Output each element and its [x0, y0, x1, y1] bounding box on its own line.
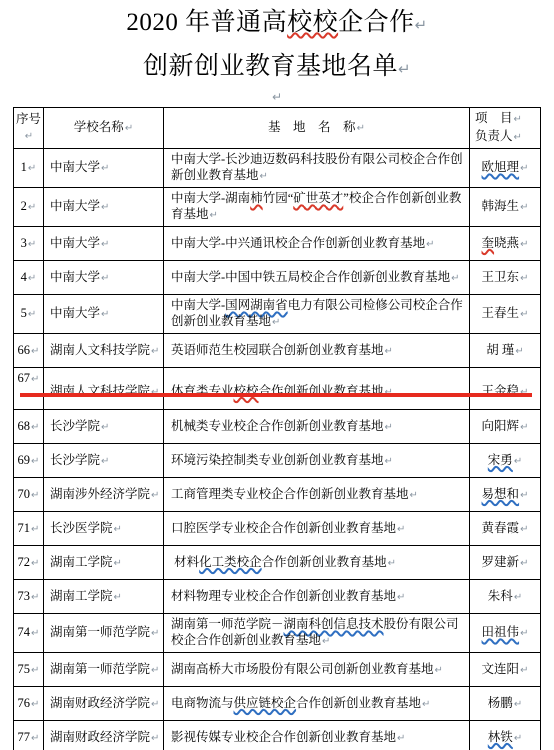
text-run: 长沙学院 [50, 453, 100, 467]
table-row: 68↵长沙学院↵机械类专业校企合作创新创业教育基地↵向阳辉↵ [14, 410, 541, 444]
paragraph: 胡 瑾↵ [472, 342, 538, 360]
header-base-cell[interactable]: 基 地 名 称↵ [164, 108, 470, 149]
row-number-cell[interactable]: 4↵ [14, 261, 44, 295]
return-mark: ↵ [101, 239, 109, 250]
table-row: 76↵湖南财政经济学院↵电商物流与供应链校企合作创新创业教育基地↵杨鹏↵ [14, 687, 541, 721]
paragraph: 中南大学-湖南柿竹园“矿世英才”校企合作创新创业教育基地↵ [171, 190, 466, 224]
text-run: 77 [18, 730, 31, 744]
return-mark: ↵ [397, 733, 405, 744]
school-name-cell[interactable]: 湖南财政经济学院↵ [44, 721, 164, 750]
paragraph: 湖南人文科技学院↵ [50, 342, 160, 360]
text-run: 长沙医学院 [50, 521, 113, 535]
school-name-cell[interactable]: 中南大学↵ [44, 188, 164, 227]
return-mark: ↵ [260, 171, 268, 182]
paragraph: 中南大学-中国中铁五局校企合作创新创业教育基地↵ [171, 269, 466, 287]
text-run: 湖南第一师范学院 [50, 625, 150, 639]
text-run: 73 [18, 589, 31, 603]
paragraph: 中南大学↵ [50, 198, 160, 216]
paragraph: 70↵ [15, 486, 42, 504]
base-name-cell[interactable]: 机械类专业校企合作创新创业教育基地↵ [164, 410, 470, 444]
text-run: 中南大学 [50, 236, 100, 250]
paragraph: 杨鹏↵ [472, 695, 538, 713]
table-wrap: 序号↵学校名称↵基 地 名 称↵项 目↵负责人↵ 1↵中南大学↵中南大学-长沙迪… [13, 107, 541, 750]
paragraph: 王卫东↵ [472, 269, 538, 287]
return-mark: ↵ [101, 273, 109, 284]
text-run: 4 [21, 270, 27, 284]
text-run: 3 [21, 236, 27, 250]
table-row: 5↵中南大学↵中南大学-国网湖南省电力有限公司检修公司校企合作创新创业教育基地↵… [14, 295, 541, 334]
paragraph: 工商管理类专业校企合作创新创业教育基地↵ [171, 486, 466, 504]
text-run: 66 [18, 343, 31, 357]
table-row: 70↵湖南涉外经济学院↵工商管理类专业校企合作创新创业教育基地↵易想和↵ [14, 478, 541, 512]
person-name-cell[interactable]: 罗建新↵ [470, 546, 541, 580]
text-run: 中南大学-中兴通讯校企合作创新创业教育基地 [171, 236, 425, 250]
text-run: 欧旭理 [482, 160, 520, 174]
text-run: 宋勇 [488, 453, 513, 467]
paragraph: 77↵ [15, 729, 42, 747]
return-mark: ↵ [385, 346, 393, 357]
person-name-cell[interactable]: 黄春霞↵ [470, 512, 541, 546]
base-name-cell[interactable]: 湖南高桥大市场股份有限公司创新创业教育基地↵ [164, 653, 470, 687]
paragraph: 1↵ [15, 159, 42, 177]
return-mark: ↵ [397, 524, 405, 535]
table-row: 73↵湖南工学院↵材料物理专业校企合作创新创业教育基地↵朱科↵ [14, 580, 541, 614]
text-run: 奎 [482, 236, 495, 250]
paragraph: 林铁↵ [472, 729, 538, 747]
paragraph: 项 目↵ [475, 110, 538, 128]
text-run: 王卫东 [482, 270, 520, 284]
return-mark: ↵ [31, 628, 39, 639]
return-mark: ↵ [520, 665, 528, 676]
paragraph: 长沙学院↵ [50, 418, 160, 436]
row-number-cell[interactable]: 76↵ [14, 687, 44, 721]
text-run: 罗建新 [482, 555, 520, 569]
paragraph: 中南大学-国网湖南省电力有限公司检修公司校企合作创新创业教育基地↵ [171, 297, 466, 331]
text-run: 74 [18, 625, 31, 639]
return-mark: ↵ [28, 239, 36, 250]
paragraph: 中南大学-长沙迪迈数码科技股份有限公司校企合作创新创业教育基地↵ [171, 151, 466, 185]
text-run: 材料 [171, 555, 199, 569]
text-run: 中南大学-湖南 [171, 191, 250, 205]
return-mark: ↵ [31, 456, 39, 467]
row-number-cell[interactable]: 2↵ [14, 188, 44, 227]
paragraph: 4↵ [15, 269, 42, 287]
text-run: 田祖伟 [482, 625, 520, 639]
school-name-cell[interactable]: 长沙学院↵ [44, 410, 164, 444]
paragraph: 基 地 名 称↵ [167, 119, 466, 137]
paragraph: 欧旭理↵ [472, 159, 538, 177]
highlighted-table-row: 67↵湖南人文科技学院↵体育类专业校校合作创新创业教育基地↵王金稳↵ [14, 368, 541, 410]
school-name-cell[interactable]: 中南大学↵ [44, 227, 164, 261]
text-run: 工商管理类专业校企合作创新创业教育基地 [171, 487, 409, 501]
school-name-cell[interactable]: 长沙医学院↵ [44, 512, 164, 546]
school-name-cell[interactable]: 湖南人文科技学院↵ [44, 334, 164, 368]
text-run: 王春生 [482, 306, 520, 320]
paragraph: 黄春霞↵ [472, 520, 538, 538]
table-row: 74↵湖南第一师范学院↵湖南第一师范学院－湖南科创信息技术股份有限公司校企合作创… [14, 614, 541, 653]
base-name-cell[interactable]: 英语师范生校园联合创新创业教育基地↵ [164, 334, 470, 368]
return-mark: ↵ [151, 490, 159, 501]
text-run: 中南大学 [50, 199, 100, 213]
return-mark: ↵ [114, 558, 122, 569]
base-name-cell[interactable]: 中南大学-中国中铁五局校企合作创新创业教育基地↵ [164, 261, 470, 295]
text-run: 75 [18, 662, 31, 676]
base-name-cell[interactable]: 环境污染控制类专业创新创业教育基地↵ [164, 444, 470, 478]
return-mark: ↵ [31, 733, 39, 744]
text-run: 竹园“ [263, 191, 294, 205]
person-name-cell[interactable]: 王卫东↵ [470, 261, 541, 295]
text-run: 湖南财政经济学院 [50, 730, 150, 744]
text-run: 合作创新创业教育基地 [296, 696, 421, 710]
text-run: 72 [18, 555, 31, 569]
school-name-cell[interactable]: 湖南工学院↵ [44, 580, 164, 614]
return-mark: ↵ [514, 592, 522, 603]
paragraph: 体育类专业校校合作创新创业教育基地↵ [171, 383, 466, 401]
school-name-cell[interactable]: 中南大学↵ [44, 261, 164, 295]
return-mark: ↵ [514, 114, 522, 125]
person-name-cell[interactable]: 王春生↵ [470, 295, 541, 334]
text-run: 2 [21, 199, 27, 213]
base-name-cell[interactable]: 工商管理类专业校企合作创新创业教育基地↵ [164, 478, 470, 512]
text-run: 韩海生 [482, 199, 520, 213]
header-school-cell[interactable]: 学校名称↵ [44, 108, 164, 149]
base-name-cell[interactable]: 材料化工类校企合作创新创业教育基地↵ [164, 546, 470, 580]
text-run: 中南大学 [50, 270, 100, 284]
paragraph: 中南大学↵ [50, 269, 160, 287]
text-run: 中南大学 [50, 306, 100, 320]
header-row: 序号↵学校名称↵基 地 名 称↵项 目↵负责人↵ [14, 108, 541, 149]
paragraph: 宋勇↵ [472, 452, 538, 470]
text-run: 项 目 [475, 111, 513, 125]
return-mark: ↵ [25, 131, 33, 142]
paragraph: 湖南第一师范学院↵ [50, 624, 160, 642]
school-name-cell[interactable]: 湖南第一师范学院↵ [44, 653, 164, 687]
text-run: 湖南第一师范学院－ [171, 617, 284, 631]
text-run: 71 [18, 521, 31, 535]
base-name-cell[interactable]: 影视传媒专业校企合作创新创业教育基地↵ [164, 721, 470, 750]
paragraph: 电商物流与供应链校企合作创新创业教育基地↵ [171, 695, 466, 713]
return-mark: ↵ [514, 699, 522, 710]
text-run: 5 [21, 306, 27, 320]
return-mark: ↵ [31, 665, 39, 676]
paragraph: 田祖伟↵ [472, 624, 538, 642]
person-name-cell[interactable]: 杨鹏↵ [470, 687, 541, 721]
paragraph: 湖南人文科技学院↵ [50, 383, 160, 401]
return-mark: ↵ [426, 239, 434, 250]
row-number-cell[interactable]: 72↵ [14, 546, 44, 580]
paragraph: 75↵ [15, 661, 42, 679]
paragraph: 序号↵ [15, 111, 42, 145]
text-run: 1 [21, 160, 27, 174]
school-name-cell[interactable]: 长沙学院↵ [44, 444, 164, 478]
paragraph: 中南大学↵ [50, 235, 160, 253]
row-number-cell[interactable]: 1↵ [14, 149, 44, 188]
return-mark: ↵ [520, 239, 528, 250]
text-run: 矿世英才 [293, 191, 343, 205]
person-name-cell[interactable]: 文连阳↵ [470, 653, 541, 687]
paragraph: 68↵ [15, 418, 42, 436]
table-row: 4↵中南大学↵中南大学-中国中铁五局校企合作创新创业教育基地↵王卫东↵ [14, 261, 541, 295]
base-name-cell[interactable]: 材料物理专业校企合作创新创业教育基地↵ [164, 580, 470, 614]
text-run: 企合作 [338, 9, 415, 36]
row-number-cell[interactable]: 70↵ [14, 478, 44, 512]
text-run: 环境污染控制类专业创新创业教育基地 [171, 453, 384, 467]
paragraph: 易想和↵ [472, 486, 538, 504]
table-row: 69↵长沙学院↵环境污染控制类专业创新创业教育基地↵宋勇↵ [14, 444, 541, 478]
paragraph: 材料化工类校企合作创新创业教育基地↵ [171, 554, 466, 572]
return-mark: ↵ [101, 163, 109, 174]
paragraph: 文连阳↵ [472, 661, 538, 679]
text-run: 基 地 名 称 [268, 120, 356, 134]
base-name-cell[interactable]: 口腔医学专业校企合作创新创业教育基地↵ [164, 512, 470, 546]
text-run: 柿 [250, 191, 263, 205]
return-mark: ↵ [520, 524, 528, 535]
table-row: 66↵湖南人文科技学院↵英语师范生校园联合创新创业教育基地↵胡 瑾↵ [14, 334, 541, 368]
person-name-cell[interactable]: 欧旭理↵ [470, 149, 541, 188]
text-run: 湖南科创信息技术 [284, 617, 384, 631]
return-mark: ↵ [520, 273, 528, 284]
paragraph: 中南大学-中兴通讯校企合作创新创业教育基地↵ [171, 235, 466, 253]
base-name-cell[interactable]: 中南大学-长沙迪迈数码科技股份有限公司校企合作创新创业教育基地↵ [164, 149, 470, 188]
return-mark: ↵ [28, 309, 36, 320]
person-name-cell[interactable]: 王金稳↵ [470, 368, 541, 410]
text-run: 黄春霞 [482, 521, 520, 535]
paragraph: 76↵ [15, 695, 42, 713]
empty-paragraph[interactable]: ↵ [0, 90, 554, 105]
base-name-cell[interactable]: 中南大学-中兴通讯校企合作创新创业教育基地↵ [164, 227, 470, 261]
return-mark: ↵ [101, 202, 109, 213]
return-mark: ↵ [514, 132, 522, 143]
return-mark: ↵ [388, 558, 396, 569]
text-run: 文连阳 [482, 662, 520, 676]
table-body: 1↵中南大学↵中南大学-长沙迪迈数码科技股份有限公司校企合作创新创业教育基地↵欧… [14, 149, 541, 750]
text-run: 湖南工学院 [50, 589, 113, 603]
text-run: 供应链校企 [234, 696, 297, 710]
paragraph: 74↵ [15, 624, 42, 642]
base-name-cell[interactable]: 中南大学-国网湖南省电力有限公司检修公司校企合作创新创业教育基地↵ [164, 295, 470, 334]
header-no-cell[interactable]: 序号↵ [14, 108, 44, 149]
return-mark: ↵ [272, 90, 282, 104]
return-mark: ↵ [385, 456, 393, 467]
return-mark: ↵ [31, 374, 39, 385]
return-mark: ↵ [101, 309, 109, 320]
paragraph: 湖南工学院↵ [50, 554, 160, 572]
paragraph: 学校名称↵ [47, 119, 160, 137]
table-row: 3↵中南大学↵中南大学-中兴通讯校企合作创新创业教育基地↵奎晓燕↵ [14, 227, 541, 261]
paragraph: 湖南涉外经济学院↵ [50, 486, 160, 504]
paragraph: 机械类专业校企合作创新创业教育基地↵ [171, 418, 466, 436]
text-run: 林铁 [488, 730, 513, 744]
paragraph: 湖南工学院↵ [50, 588, 160, 606]
text-run: 70 [18, 487, 31, 501]
text-run: 湖南人文科技学院 [50, 343, 150, 357]
row-number-cell[interactable]: 3↵ [14, 227, 44, 261]
row-number-cell[interactable]: 66↵ [14, 334, 44, 368]
return-mark: ↵ [520, 163, 528, 174]
return-mark: ↵ [422, 699, 430, 710]
text-run: 晓燕 [494, 236, 519, 250]
person-name-cell[interactable]: 朱科↵ [470, 580, 541, 614]
person-name-cell[interactable]: 宋勇↵ [470, 444, 541, 478]
row-number-cell[interactable]: 73↵ [14, 580, 44, 614]
text-run: 67 [18, 371, 31, 385]
return-mark: ↵ [520, 202, 528, 213]
paragraph: 湖南高桥大市场股份有限公司创新创业教育基地↵ [171, 661, 466, 679]
school-name-cell[interactable]: 湖南第一师范学院↵ [44, 614, 164, 653]
paragraph: 英语师范生校园联合创新创业教育基地↵ [171, 342, 466, 360]
paragraph: 口腔医学专业校企合作创新创业教育基地↵ [171, 520, 466, 538]
text-run: 湖南工学院 [50, 555, 113, 569]
paragraph: 3↵ [15, 235, 42, 253]
row-number-cell[interactable]: 71↵ [14, 512, 44, 546]
paragraph: 长沙医学院↵ [50, 520, 160, 538]
doc-title-line-1[interactable]: 2020 年普通高校校企合作↵ [0, 2, 554, 46]
text-run: 长沙学院 [50, 419, 100, 433]
return-mark: ↵ [151, 628, 159, 639]
paragraph: 王金稳↵ [472, 383, 538, 401]
doc-title-line-2[interactable]: 创新创业教育基地名单↵ [0, 46, 554, 90]
return-mark: ↵ [151, 346, 159, 357]
text-run: 76 [18, 696, 31, 710]
row-number-cell[interactable]: 77↵ [14, 721, 44, 750]
return-mark: ↵ [31, 558, 39, 569]
person-name-cell[interactable]: 奎晓燕↵ [470, 227, 541, 261]
table-row: 2↵中南大学↵中南大学-湖南柿竹园“矿世英才”校企合作创新创业教育基地↵韩海生↵ [14, 188, 541, 227]
return-mark: ↵ [357, 123, 365, 134]
school-name-cell[interactable]: 湖南工学院↵ [44, 546, 164, 580]
paragraph: 朱科↵ [472, 588, 538, 606]
return-mark: ↵ [101, 422, 109, 433]
table-row: 77↵湖南财政经济学院↵影视传媒专业校企合作创新创业教育基地↵林铁↵ [14, 721, 541, 750]
text-run: 杨鹏 [488, 696, 513, 710]
school-name-cell[interactable]: 湖南财政经济学院↵ [44, 687, 164, 721]
base-name-cell[interactable]: 体育类专业校校合作创新创业教育基地↵ [164, 368, 470, 410]
return-mark: ↵ [114, 592, 122, 603]
return-mark: ↵ [385, 422, 393, 433]
paragraph: 湖南财政经济学院↵ [50, 695, 160, 713]
text-run: 湖南第一师范学院 [50, 662, 150, 676]
paragraph: 71↵ [15, 520, 42, 538]
text-run: 湖南涉外经济学院 [50, 487, 150, 501]
text-run: 中南大学-长沙迪迈数码科技股份有限公司校企合作创新创业教育基地 [171, 152, 463, 182]
paragraph: 69↵ [15, 452, 42, 470]
text-run: 创新创业教育基地名单 [143, 53, 398, 80]
return-mark: ↵ [520, 490, 528, 501]
school-name-cell[interactable]: 湖南涉外经济学院↵ [44, 478, 164, 512]
row-number-cell[interactable]: 74↵ [14, 614, 44, 653]
row-number-cell[interactable]: 5↵ [14, 295, 44, 334]
text-run: 国网湖南省 [225, 298, 288, 312]
return-mark: ↵ [514, 456, 522, 467]
school-name-cell[interactable]: 中南大学↵ [44, 295, 164, 334]
base-list-table: 序号↵学校名称↵基 地 名 称↵项 目↵负责人↵ 1↵中南大学↵中南大学-长沙迪… [13, 107, 541, 750]
text-run: 合作创新创业教育基地 [262, 555, 387, 569]
text-run: 中南大学-中国中铁五局校企合作创新创业教育基地 [171, 270, 450, 284]
paragraph: 罗建新↵ [472, 554, 538, 572]
text-run: 69 [18, 453, 31, 467]
table-row: 72↵湖南工学院↵ 材料化工类校企合作创新创业教育基地↵罗建新↵ [14, 546, 541, 580]
return-mark: ↵ [410, 490, 418, 501]
return-mark: ↵ [398, 60, 411, 78]
return-mark: ↵ [272, 317, 280, 328]
table-row: 71↵长沙医学院↵口腔医学专业校企合作创新创业教育基地↵黄春霞↵ [14, 512, 541, 546]
base-name-cell[interactable]: 电商物流与供应链校企合作创新创业教育基地↵ [164, 687, 470, 721]
return-mark: ↵ [520, 628, 528, 639]
header-person-cell[interactable]: 项 目↵负责人↵ [470, 108, 541, 149]
return-mark: ↵ [151, 699, 159, 710]
paragraph: 材料物理专业校企合作创新创业教育基地↵ [171, 588, 466, 606]
person-name-cell[interactable]: 向阳辉↵ [470, 410, 541, 444]
row-number-cell[interactable]: 68↵ [14, 410, 44, 444]
person-name-cell[interactable]: 易想和↵ [470, 478, 541, 512]
text-run: 学校名称 [74, 120, 124, 134]
paragraph: 72↵ [15, 554, 42, 572]
base-name-cell[interactable]: 中南大学-湖南柿竹园“矿世英才”校企合作创新创业教育基地↵ [164, 188, 470, 227]
return-mark: ↵ [125, 123, 133, 134]
paragraph: 韩海生↵ [472, 198, 538, 216]
paragraph: 73↵ [15, 588, 42, 606]
row-number-cell[interactable]: 69↵ [14, 444, 44, 478]
school-name-cell[interactable]: 湖南人文科技学院↵ [44, 368, 164, 410]
table-header: 序号↵学校名称↵基 地 名 称↵项 目↵负责人↵ [14, 108, 541, 149]
return-mark: ↵ [397, 592, 405, 603]
person-name-cell[interactable]: 田祖伟↵ [470, 614, 541, 653]
text-run: 序号 [16, 112, 41, 126]
text-run: 湖南高桥大市场股份有限公司创新创业教育基地 [171, 662, 434, 676]
return-mark: ↵ [31, 592, 39, 603]
return-mark: ↵ [520, 558, 528, 569]
paragraph: 67↵ [15, 370, 42, 388]
text-run: 机械类专业校企合作创新创业教育基地 [171, 419, 384, 433]
person-name-cell[interactable]: 林铁↵ [470, 721, 541, 750]
text-run: 电商物流与 [171, 696, 234, 710]
person-name-cell[interactable]: 韩海生↵ [470, 188, 541, 227]
return-mark: ↵ [514, 733, 522, 744]
return-mark: ↵ [31, 699, 39, 710]
red-highlight-line [20, 393, 532, 397]
text-run: 英语师范生校园联合创新创业教育基地 [171, 343, 384, 357]
text-run: 68 [18, 419, 31, 433]
text-run: 易想和 [482, 487, 520, 501]
paragraph: 66↵ [15, 342, 42, 360]
paragraph: 5↵ [15, 305, 42, 323]
school-name-cell[interactable]: 中南大学↵ [44, 149, 164, 188]
paragraph: 奎晓燕↵ [472, 235, 538, 253]
return-mark: ↵ [31, 422, 39, 433]
return-mark: ↵ [28, 202, 36, 213]
text-run: 中南大学- [171, 298, 225, 312]
text-run: 胡 瑾 [486, 343, 514, 357]
row-number-cell[interactable]: 67↵ [14, 368, 44, 410]
return-mark: ↵ [520, 422, 528, 433]
return-mark: ↵ [151, 665, 159, 676]
return-mark: ↵ [435, 665, 443, 676]
return-mark: ↵ [322, 636, 330, 647]
return-mark: ↵ [515, 346, 523, 357]
text-run: 向阳辉 [482, 419, 520, 433]
return-mark: ↵ [451, 273, 459, 284]
return-mark: ↵ [28, 163, 36, 174]
table-row: 75↵湖南第一师范学院↵湖南高桥大市场股份有限公司创新创业教育基地↵文连阳↵ [14, 653, 541, 687]
paragraph: 湖南第一师范学院↵ [50, 661, 160, 679]
paragraph: 湖南第一师范学院－湖南科创信息技术股份有限公司校企合作创新创业教育基地↵ [171, 616, 466, 650]
person-name-cell[interactable]: 胡 瑾↵ [470, 334, 541, 368]
row-number-cell[interactable]: 75↵ [14, 653, 44, 687]
paragraph: 中南大学↵ [50, 305, 160, 323]
paragraph: 向阳辉↵ [472, 418, 538, 436]
base-name-cell[interactable]: 湖南第一师范学院－湖南科创信息技术股份有限公司校企合作创新创业教育基地↵ [164, 614, 470, 653]
return-mark: ↵ [210, 210, 218, 221]
